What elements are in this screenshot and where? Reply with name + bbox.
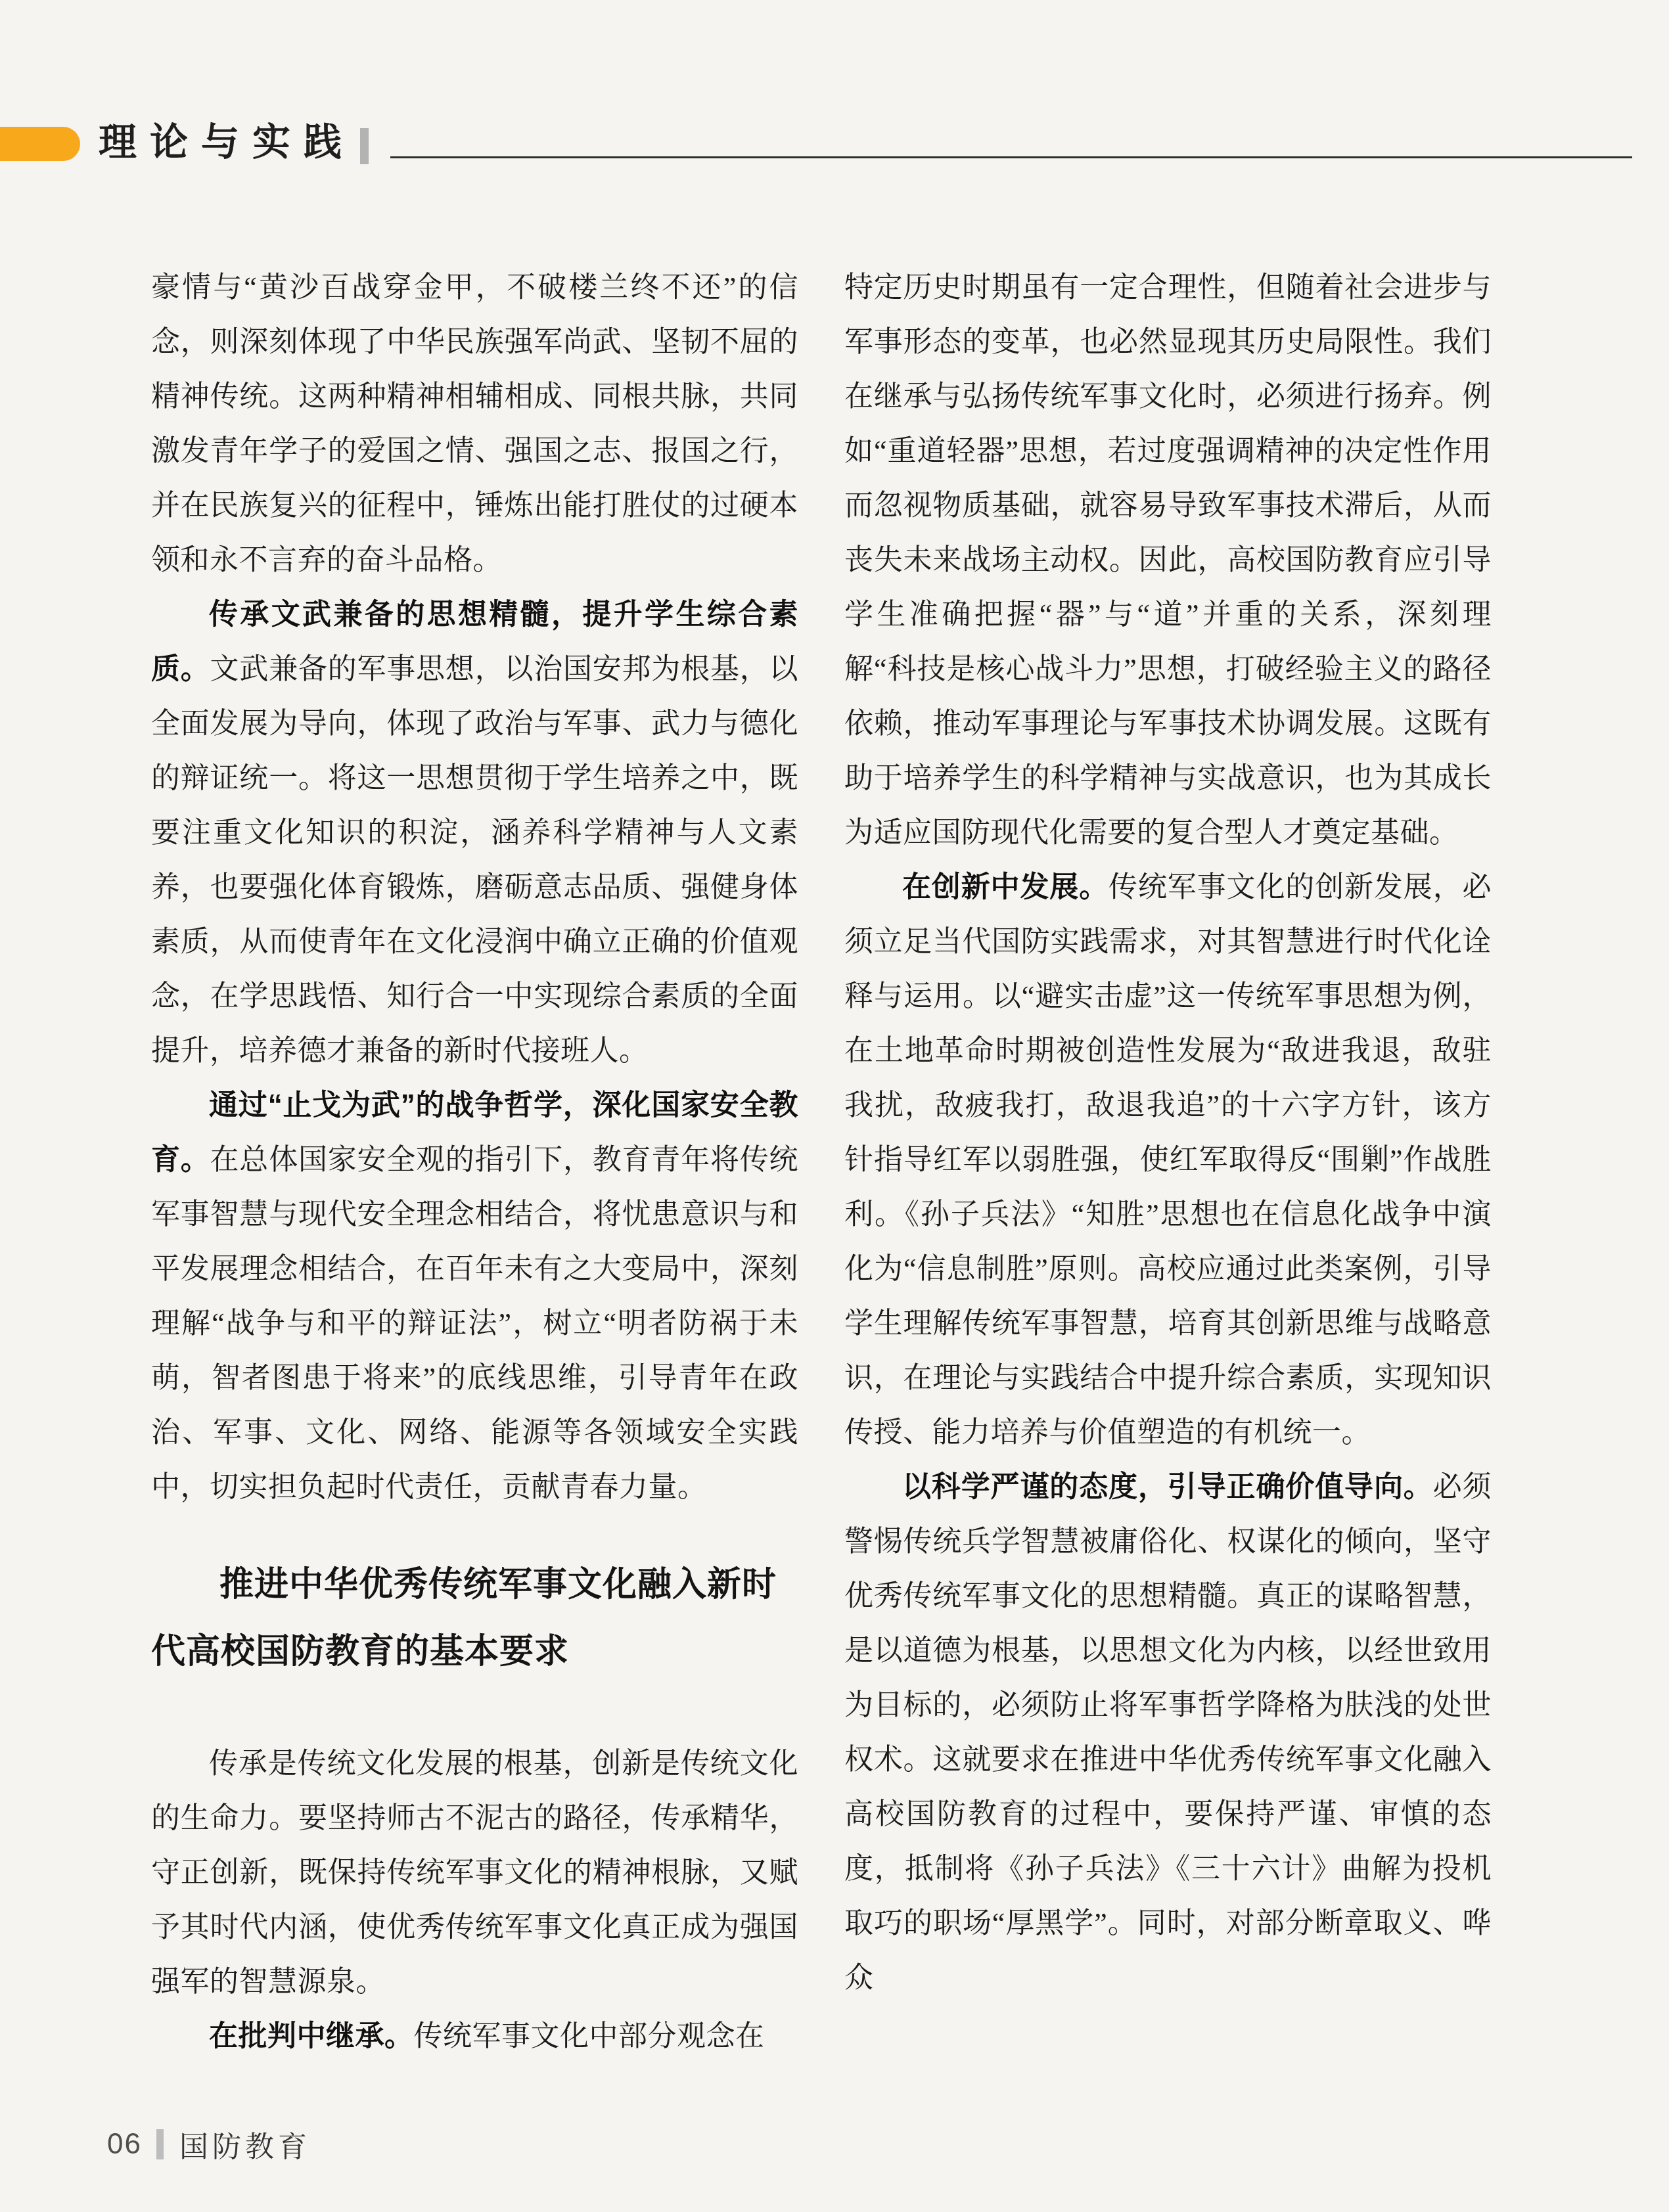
paragraph: 在创新中发展。传统军事文化的创新发展，必须立足当代国防实践需求，对其智慧进行时代…: [844, 860, 1492, 1460]
magazine-page: 理论与实践 豪情与“黄沙百战穿金甲，不破楼兰终不还”的信念，则深刻体现了中华民族…: [0, 0, 1669, 2212]
footer: 06 国防教育: [107, 2123, 311, 2165]
header-rule: [390, 156, 1632, 158]
paragraph: 豪情与“黄沙百战穿金甲，不破楼兰终不还”的信念，则深刻体现了中华民族强军尚武、坚…: [151, 260, 798, 587]
paragraph-lead: 传承文武兼备的思想精髓，提升学生综合素质。: [151, 598, 798, 685]
header-divider-bar: [360, 128, 369, 164]
paragraph-lead: 以科学严谨的态度，引导正确价值导向。: [902, 1471, 1433, 1503]
paragraph-lead: 在批判中继承。: [209, 2020, 414, 2052]
paragraph-lead: 在创新中发展。: [902, 871, 1109, 903]
paragraph: 传承是传统文化发展的根基，创新是传统文化的生命力。要坚持师古不泥古的路径，传承精…: [151, 1736, 798, 2009]
paragraph: 通过“止戈为武”的战争哲学，深化国家安全教育。在总体国家安全观的指引下，教育青年…: [151, 1078, 798, 1514]
page-title: 理论与实践: [99, 122, 355, 163]
column-right: 特定历史时期虽有一定合理性，但随着社会进步与军事形态的变革，也必然显现其历史局限…: [844, 260, 1492, 2005]
column-left: 豪情与“黄沙百战穿金甲，不破楼兰终不还”的信念，则深刻体现了中华民族强军尚武、坚…: [151, 260, 798, 2064]
section-heading: 推进中华优秀传统军事文化融入新时代高校国防教育的基本要求: [151, 1551, 798, 1685]
paragraph: 特定历史时期虽有一定合理性，但随着社会进步与军事形态的变革，也必然显现其历史局限…: [844, 260, 1492, 860]
footer-divider-bar: [156, 2129, 164, 2159]
page-number: 06: [107, 2128, 142, 2161]
header-accent-tab: [0, 127, 80, 161]
paragraph-lead: 通过“止戈为武”的战争哲学，深化国家安全教育。: [151, 1089, 798, 1176]
paragraph: 以科学严谨的态度，引导正确价值导向。必须警惕传统兵学智慧被庸俗化、权谋化的倾向，…: [844, 1460, 1492, 2005]
footer-section-label: 国防教育: [179, 2123, 311, 2165]
paragraph: 在批判中继承。传统军事文化中部分观念在: [151, 2009, 798, 2064]
paragraph: 传承文武兼备的思想精髓，提升学生综合素质。文武兼备的军事思想，以治国安邦为根基，…: [151, 587, 798, 1078]
